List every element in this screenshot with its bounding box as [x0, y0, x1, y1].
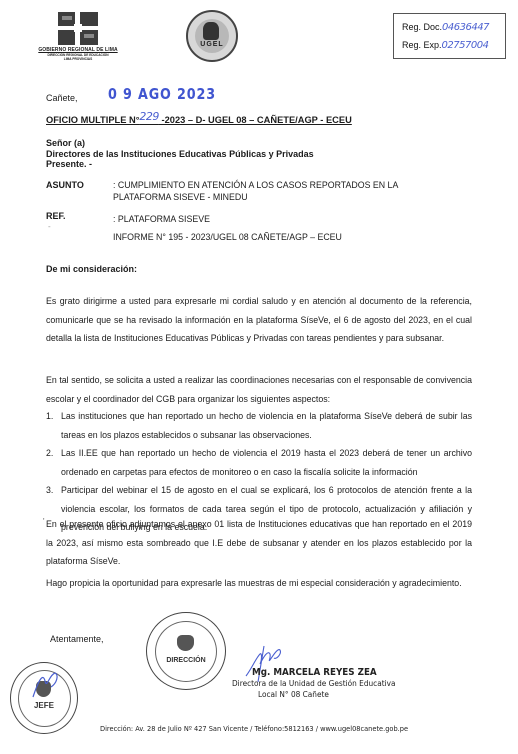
reg-doc-row: Reg. Doc.04636447 — [402, 18, 505, 36]
list-item-number: 2. — [46, 444, 61, 481]
ugel-seal-text: UGEL — [188, 41, 236, 48]
scan-mark: - — [48, 222, 51, 231]
signatory-local: Local N° 08 Cañete — [258, 690, 329, 699]
date-stamp: 0 9 AGO 2023 — [108, 85, 216, 103]
paragraph-3: En el presente oficio adjuntamos el anex… — [46, 515, 472, 571]
reg-doc-value: 04636447 — [442, 22, 489, 33]
regional-government-subtitle: DIRECCIÓN REGIONAL DE EDUCACIÓN LIMA PRO… — [38, 54, 118, 61]
list-item: 1. Las instituciones que han reportado u… — [46, 407, 472, 444]
list-item: 2. Las II.EE que han reportado un hecho … — [46, 444, 472, 481]
oficio-suffix: -2023 – D- UGEL 08 – CAÑETE/AGP - ECEU — [159, 115, 352, 125]
scan-mark: ' — [43, 517, 45, 526]
paragraph-4: Hago propicia la oportunidad para expres… — [46, 574, 472, 593]
signatory-name: Mg. MARCELA REYES ZEA — [252, 667, 377, 678]
registration-box: Reg. Doc.04636447 Reg. Exp.02757004 — [393, 13, 506, 59]
subtitle-line2: LIMA PROVINCIAS — [38, 58, 118, 62]
asunto-text: : CUMPLIMIENTO EN ATENCIÓN A LOS CASOS R… — [113, 180, 443, 203]
paragraph-1: Es grato dirigirme a usted para expresar… — [46, 292, 472, 348]
area-head-seal-stamp: UGEL N° 08 - CAÑETE · ÁREA DE GESTIÓN PE… — [10, 662, 78, 734]
addressee-block: Señor (a) Directores de las Institucione… — [46, 138, 314, 170]
reg-exp-label: Reg. Exp. — [402, 40, 442, 50]
list-item-text: Las II.EE que han reportado un hecho de … — [61, 444, 472, 481]
reg-exp-value: 02757004 — [442, 40, 489, 51]
salutation: De mi consideración: — [46, 264, 137, 274]
addressee-line3: Presente. - — [46, 159, 314, 170]
ugel-figure-icon — [203, 22, 219, 40]
ref-label: REF. — [46, 211, 66, 221]
ref-line1: : PLATAFORMA SISEVE — [113, 211, 342, 229]
ugel-seal-logo: UGEL — [186, 10, 238, 62]
ref-text: : PLATAFORMA SISEVE INFORME N° 195 - 202… — [113, 211, 342, 246]
oficio-number: 229 — [139, 110, 159, 123]
signatory-title: Directora de la Unidad de Gestión Educat… — [232, 679, 396, 688]
oficio-title: OFICIO MULTIPLE N°229 -2023 – D- UGEL 08… — [46, 113, 352, 126]
oficio-prefix: OFICIO MULTIPLE N° — [46, 115, 139, 125]
list-item-text: Las instituciones que han reportado un h… — [61, 407, 472, 444]
reg-exp-row: Reg. Exp.02757004 — [402, 36, 505, 54]
asunto-label: ASUNTO — [46, 180, 84, 190]
handwritten-initials-icon — [29, 669, 63, 703]
stamp-inner-ring — [155, 621, 217, 682]
closing: Atentamente, — [50, 634, 104, 644]
regional-government-emblem-icon — [58, 12, 98, 45]
city-label: Cañete, — [46, 93, 78, 103]
paragraph-2: En tal sentido, se solicita a usted a re… — [46, 371, 472, 408]
reg-doc-label: Reg. Doc. — [402, 22, 442, 32]
addressee-line2: Directores de las Instituciones Educativ… — [46, 149, 314, 160]
peru-coat-of-arms-icon — [177, 635, 194, 651]
list-item-number: 1. — [46, 407, 61, 444]
ref-line2: INFORME N° 195 - 2023/UGEL 08 CAÑETE/AGP… — [113, 229, 342, 247]
footer-address: Dirección: Av. 28 de Julio Nº 427 San Vi… — [100, 724, 408, 733]
addressee-line1: Señor (a) — [46, 138, 314, 149]
stamp-center-text: DIRECCIÓN — [147, 657, 225, 664]
direction-seal-stamp: DIRECCIÓN REGIONAL DE EDUCACIÓN LIMA PRO… — [146, 612, 226, 690]
regional-government-logo: GOBIERNO REGIONAL DE LIMA DIRECCIÓN REGI… — [38, 12, 118, 68]
